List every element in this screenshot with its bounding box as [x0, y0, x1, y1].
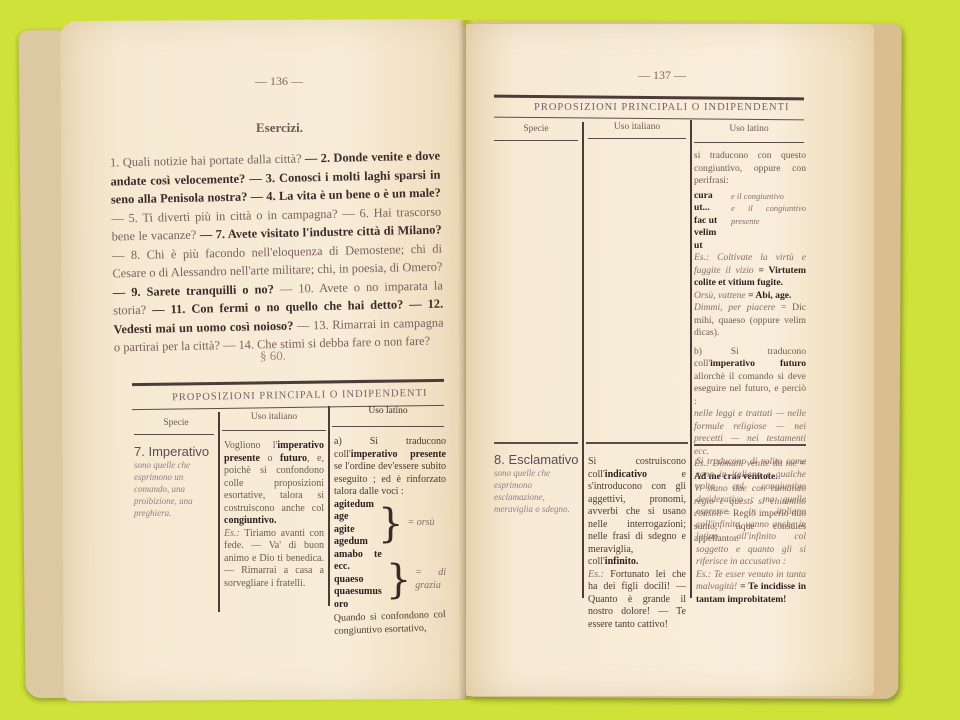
- example-text: Tiriamo avanti con fede. — Va' di buon a…: [224, 528, 324, 589]
- section-mark: § 60.: [260, 348, 286, 364]
- table-rule: [494, 140, 578, 141]
- species-description: sono quelle che esprimono esclamazione, …: [494, 467, 580, 515]
- text-bold: imperativo futuro: [710, 358, 806, 369]
- latin-word: agite: [334, 524, 374, 537]
- text: e s'introducono con gli aggettivi, prono…: [588, 469, 686, 568]
- left-page-number: — 136 —: [255, 74, 303, 89]
- example-label: Es.:: [588, 569, 604, 580]
- latin-word: agedum: [334, 536, 374, 549]
- note: e il congiuntivo: [731, 190, 806, 203]
- col-head-uso-latino: Uso latino: [694, 124, 804, 134]
- latin-word: age: [334, 511, 374, 524]
- text: Si traducono di solito come sono in ital…: [696, 457, 806, 567]
- latin-word: fac ut: [694, 215, 727, 228]
- table-column-divider: [582, 122, 584, 598]
- text: si traducono con questo congiuntivo, opp…: [694, 150, 806, 188]
- latin-word: velim ut: [694, 227, 727, 252]
- species-name: 8. Esclamativo: [494, 454, 580, 467]
- text: o: [260, 453, 280, 464]
- latin-word: cura ut...: [694, 190, 727, 215]
- latin-word: agitedum: [334, 499, 374, 512]
- species-description: sono quelle che esprimono un comando, un…: [134, 459, 216, 519]
- brace-icon: }: [386, 560, 411, 600]
- example-label: Es.:: [224, 528, 240, 539]
- text-bold: congiuntivo.: [224, 515, 277, 526]
- table-column-divider: [690, 120, 692, 598]
- table-column-divider: [328, 406, 330, 606]
- exercise-4: — 4. La vita è un bene o è un male?: [251, 186, 441, 204]
- col-head-uso-latino: Uso latino: [332, 406, 444, 416]
- exercise-8: — 8. Chi è più facondo nell'eloquenza di…: [112, 241, 443, 280]
- col-head-uso-italiano: Uso italiano: [588, 122, 686, 132]
- table-rule: [694, 444, 806, 446]
- col-head-uso-italiano: Uso italiano: [222, 412, 326, 422]
- species-name: 7. Imperativo: [134, 446, 216, 459]
- latin-word: oro: [334, 599, 382, 612]
- text: Vogliono l': [224, 440, 277, 451]
- table-rule: [588, 138, 686, 139]
- latin-word: quaesumus: [334, 586, 382, 599]
- meaning: = di grazia: [415, 567, 446, 592]
- table-rule: [494, 442, 578, 444]
- text-bold: indicativo: [605, 469, 647, 480]
- italian-usage-esclamativo: Si costruiscono coll'indicativo e s'intr…: [588, 456, 686, 631]
- exercise-1: 1. Quali notizie hai portate dalla città…: [110, 151, 302, 169]
- example-latin: = Abi, age.: [746, 290, 792, 301]
- species-esclamativo: 8. Esclamativo sono quelle che esprimono…: [494, 454, 580, 515]
- exercises-heading: Esercizi.: [256, 120, 303, 136]
- example-label: Es.:: [696, 570, 711, 580]
- latin-word: quaeso: [334, 574, 382, 587]
- contexts: nelle leggi e trattati — nelle formule r…: [694, 408, 806, 457]
- text: allorchè il comando si deve eseguire nel…: [694, 371, 806, 407]
- latin-word: amabo te ecc.: [334, 549, 382, 574]
- text-bold: infinito.: [605, 556, 639, 567]
- periphrasis-list: cura ut... fac ut velim ut e il congiunt…: [694, 190, 806, 253]
- exercise-list: 1. Quali notizie hai portate dalla città…: [110, 147, 444, 357]
- brace-icon: }: [378, 504, 403, 544]
- meaning: = orsù: [407, 517, 434, 530]
- example-label: Es.:: [694, 252, 709, 263]
- text: Quando si confondono col congiuntivo eso…: [334, 609, 447, 638]
- exercise-9: — 9. Sarete tranquilli o no?: [113, 282, 274, 299]
- latin-usage-imperativo: a) Si traducono coll'imperativo presente…: [334, 436, 446, 636]
- note: e il congiuntivo presente: [731, 202, 806, 227]
- table-rule: [586, 442, 688, 444]
- species-imperativo: 7. Imperativo sono quelle che esprimono …: [134, 446, 216, 519]
- latin-group-orsu: agitedum age agite agedum } = orsù: [334, 499, 446, 549]
- col-head-specie: Specie: [136, 418, 216, 428]
- right-table-title: PROPOSIZIONI PRINCIPALI O INDIPENDENTI: [534, 102, 790, 113]
- exercise-11: — 11. Con fermi o no quello che hai dett…: [152, 297, 403, 316]
- exercise-7: — 7. Avete visitato l'industre città di …: [200, 223, 442, 242]
- table-rule: [332, 426, 444, 427]
- text-bold: imperativo presente: [351, 449, 446, 460]
- text: se l'ordine dev'essere subito eseguito ;…: [334, 461, 446, 497]
- table-column-divider: [218, 412, 220, 612]
- exercise-14: — 14. Che stimi si debba fare o non fare…: [223, 334, 430, 352]
- latin-group-di-grazia: amabo te ecc. quaeso quaesumus oro } = d…: [334, 549, 446, 612]
- right-page-number: — 137 —: [638, 68, 686, 83]
- table-rule: [134, 434, 214, 435]
- col-head-specie: Specie: [496, 124, 576, 134]
- example-italian: Dimmi, per piacere: [694, 302, 775, 313]
- table-rule: [694, 142, 804, 143]
- example-italian: Orsù, vattene: [694, 290, 746, 301]
- exercise-5: — 5. Ti diverti più in città o in campag…: [111, 206, 338, 225]
- table-rule: [222, 430, 326, 431]
- latin-usage-esclamativo: Si traducono di solito come sono in ital…: [696, 456, 806, 606]
- text-bold: futuro: [280, 453, 307, 464]
- italian-usage-imperativo: Vogliono l'imperativo presente o futuro,…: [224, 440, 324, 590]
